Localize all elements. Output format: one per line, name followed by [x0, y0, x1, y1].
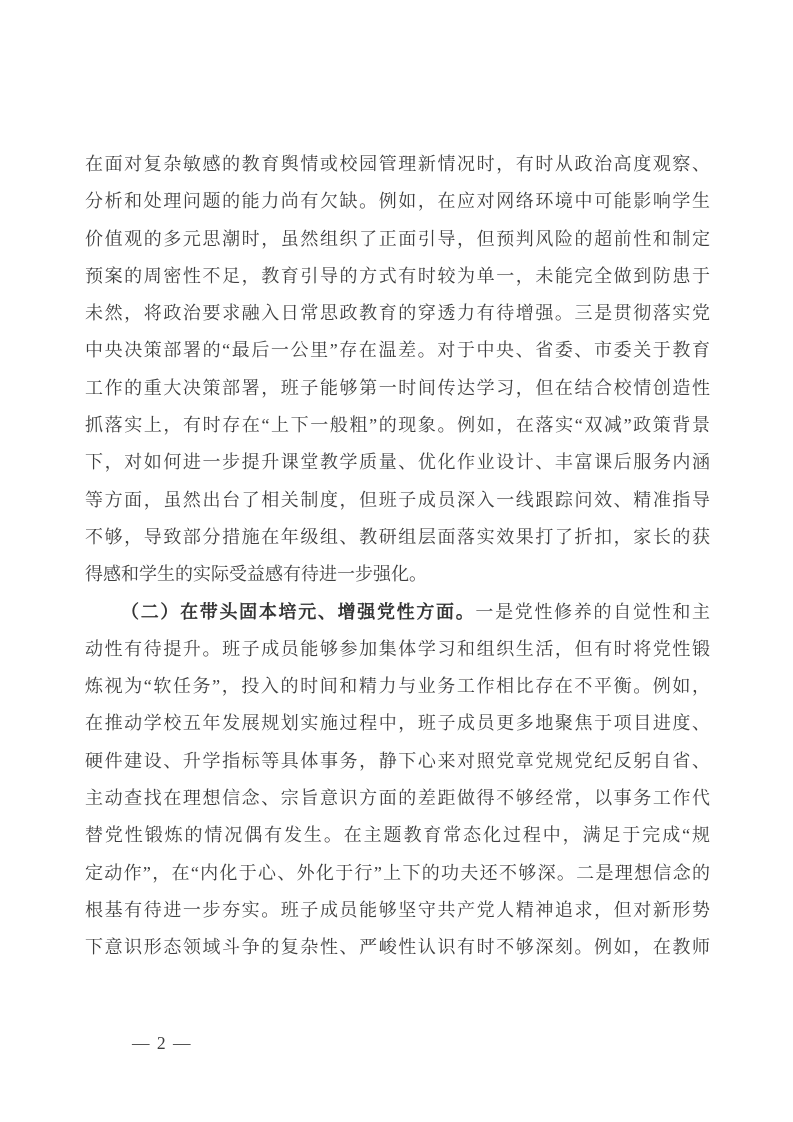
text-line: 在推动学校五年发展规划实施过程中，班子成员更多地聚焦于项目进度、 [85, 705, 710, 742]
text-line: 根基有待进一步夯实。班子成员能够坚守共产党人精神追求，但对新形势 [85, 892, 710, 929]
text-line: 硬件建设、升学指标等具体事务，静下心来对照党章党规党纪反躬自省、 [85, 743, 710, 780]
text-line: 炼视为“软任务”，投入的时间和精力与业务工作相比存在不平衡。例如， [85, 668, 710, 705]
paragraph2-first-line: （二）在带头固本培元、增强党性方面。一是党性修养的自觉性和主 [85, 594, 710, 631]
text-line: 价值观的多元思潮时，虽然组织了正面引导，但预判风险的超前性和制定 [85, 221, 710, 258]
text-line: 在面对复杂敏感的教育舆情或校园管理新情况时，有时从政治高度观察、 [85, 146, 710, 183]
page-footer: — 2 — [132, 1030, 192, 1056]
text-line: 下，对如何进一步提升课堂教学质量、优化作业设计、丰富课后服务内涵 [85, 444, 710, 481]
text-line: 不够，导致部分措施在年级组、教研组层面落实效果打了折扣，家长的获 [85, 519, 710, 556]
text-line: 主动查找在理想信念、宗旨意识方面的差距做得不够经常，以事务工作代 [85, 780, 710, 817]
document-body: 在面对复杂敏感的教育舆情或校园管理新情况时，有时从政治高度观察、 分析和处理问题… [85, 146, 710, 967]
text-line: 定动作”，在“内化于心、外化于行”上下的功夫还不够深。二是理想信念的 [85, 855, 710, 892]
text-line: 未然，将政治要求融入日常思政教育的穿透力有待增强。三是贯彻落实党 [85, 295, 710, 332]
text-line: 预案的周密性不足，教育引导的方式有时较为单一，未能完全做到防患于 [85, 258, 710, 295]
text-line: 动性有待提升。班子成员能够参加集体学习和组织生活，但有时将党性锻 [85, 631, 710, 668]
document-page: 在面对复杂敏感的教育舆情或校园管理新情况时，有时从政治高度观察、 分析和处理问题… [0, 0, 793, 1122]
text-line: 下意识形态领域斗争的复杂性、严峻性认识有时不够深刻。例如，在教师 [85, 929, 710, 966]
text-line: 抓落实上，有时存在“上下一般粗”的现象。例如，在落实“双减”政策背景 [85, 407, 710, 444]
text-line: 替党性锻炼的情况偶有发生。在主题教育常态化过程中，满足于完成“规 [85, 817, 710, 854]
page-number: — 2 — [132, 1033, 192, 1053]
paragraph1-last-line: 得感和学生的实际受益感有待进一步强化。 [85, 556, 710, 593]
text-line: 分析和处理问题的能力尚有欠缺。例如，在应对网络环境中可能影响学生 [85, 183, 710, 220]
text-line: 中央决策部署的“最后一公里”存在温差。对于中央、省委、市委关于教育 [85, 332, 710, 369]
text-line: 工作的重大决策部署，班子能够第一时间传达学习，但在结合校情创造性 [85, 370, 710, 407]
section-heading: （二）在带头固本培元、增强党性方面。 [121, 602, 475, 622]
text-line: 等方面，虽然出台了相关制度，但班子成员深入一线跟踪问效、精准指导 [85, 482, 710, 519]
section-lead-text: 一是党性修养的自觉性和主 [475, 602, 710, 622]
